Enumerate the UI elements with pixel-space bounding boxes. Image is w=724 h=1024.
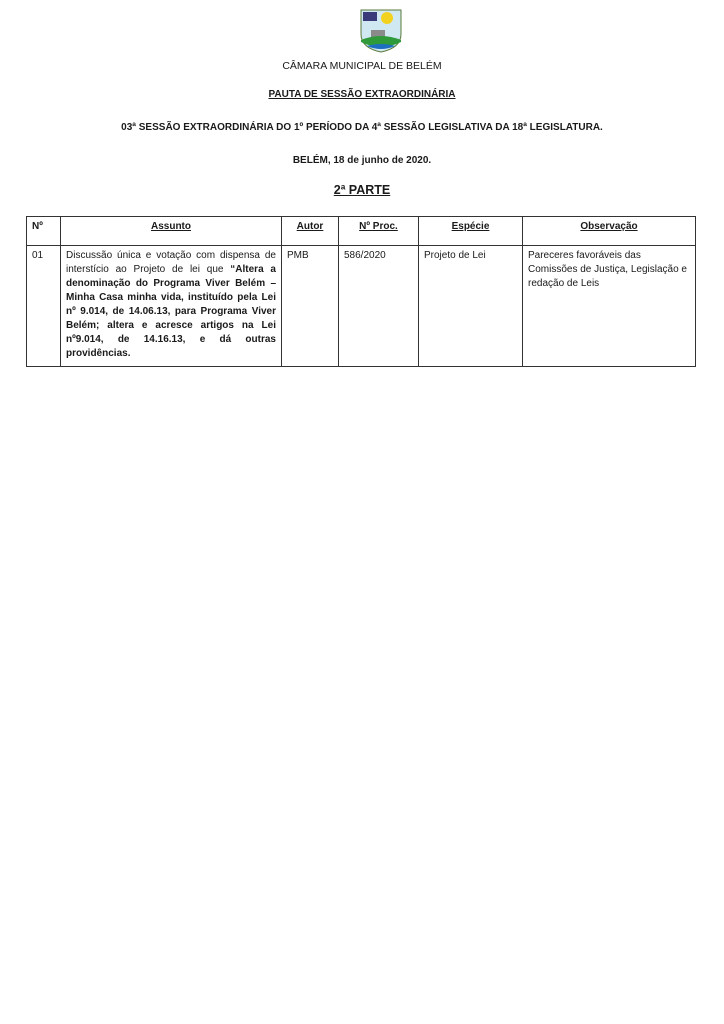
institution-name: CÂMARA MUNICIPAL DE BELÉM	[0, 60, 724, 72]
col-header-observacao: Observação	[523, 217, 696, 246]
cell-assunto: Discussão única e votação com dispensa d…	[61, 246, 282, 367]
col-header-especie: Espécie	[419, 217, 523, 246]
coat-of-arms-icon	[357, 6, 405, 54]
date-line: BELÉM, 18 de junho de 2020.	[0, 155, 724, 166]
cell-num: 01	[27, 246, 61, 367]
table-row: 01 Discussão única e votação com dispens…	[27, 246, 696, 367]
col-header-num: Nº	[27, 217, 61, 246]
col-header-autor: Autor	[282, 217, 339, 246]
table-header-row: Nº Assunto Autor Nº Proc. Espécie Observ…	[27, 217, 696, 246]
cell-observacao: Pareceres favoráveis das Comissões de Ju…	[523, 246, 696, 367]
col-header-proc: Nº Proc.	[339, 217, 419, 246]
agenda-table: Nº Assunto Autor Nº Proc. Espécie Observ…	[26, 216, 696, 367]
document-title: PAUTA DE SESSÃO EXTRAORDINÁRIA	[0, 89, 724, 100]
cell-proc: 586/2020	[339, 246, 419, 367]
session-title: 03ª SESSÃO EXTRAORDINÁRIA DO 1º PERÍODO …	[0, 122, 724, 133]
cell-especie: Projeto de Lei	[419, 246, 523, 367]
assunto-ementa: “Altera a denominação do Programa Viver …	[66, 264, 276, 359]
cell-autor: PMB	[282, 246, 339, 367]
col-header-assunto: Assunto	[61, 217, 282, 246]
part-title: 2ª PARTE	[0, 183, 724, 197]
